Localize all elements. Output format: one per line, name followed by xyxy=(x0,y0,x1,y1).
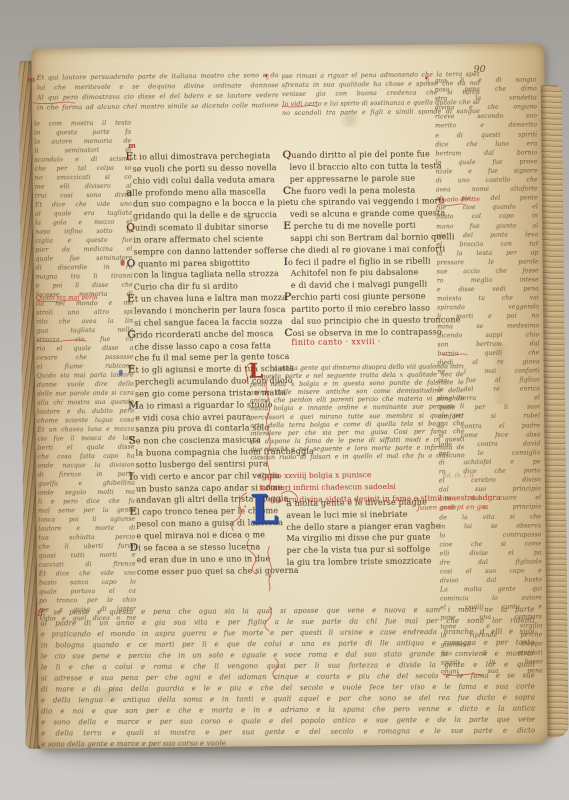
bottom-gloss-block: E se posse e questa e pena che agua sia … xyxy=(41,605,536,751)
rubric-side-note: fol. ib. l. ii xyxy=(443,472,474,479)
commentary-block: a molta gente qui dintorno disopra dello… xyxy=(250,362,465,461)
tercet-paragraph-mark xyxy=(119,370,123,376)
tercet-paragraph-mark xyxy=(121,260,125,266)
gloss-line: e sono della gente e marce e per suo cor… xyxy=(41,738,347,751)
verse-line: levo il braccio alto con tutta la testa xyxy=(283,160,455,174)
verse-line: la giu tra lombre triste smozzicate xyxy=(287,555,463,569)
incipit-verses: a molta gente e le diverse piagheavean l… xyxy=(286,496,463,569)
verse-column-2: Quando diritto al pie del ponte fuelevo … xyxy=(282,148,456,339)
canto-siglum-column1: m xyxy=(128,141,136,150)
red-lemma-annotation: Quido sta mai parla xyxy=(36,294,98,302)
canto-siglum-top: m xyxy=(28,75,36,84)
verse-line: vedi se alcuna e grande come questa xyxy=(283,208,455,222)
verse-line: Grido ricorderati anche del mosca xyxy=(127,328,285,341)
verse-line: chio vidi colui dalla veduta amara xyxy=(126,174,284,187)
verse-line: sempre con danno lattender sofferse xyxy=(126,245,284,258)
verse-line: con la lingua tagliata nella strozza xyxy=(127,269,285,282)
illuminated-initial-L: L xyxy=(250,490,279,530)
gloss-line: merito e demerito xyxy=(435,121,537,131)
canto-explicit: finito canto · xxviii · xyxy=(291,337,380,347)
verse-line: che dello stare a pianger eran vaghe xyxy=(286,520,462,534)
top-gloss-left: Et qui lautore persuadendo parte de ital… xyxy=(37,70,279,113)
manuscript-page: 90 m ¶ ¶ E Et qui lautore persuadendo pa… xyxy=(18,43,568,751)
verse-line: come esser puo quei sa che si governa xyxy=(130,565,288,578)
gloss-line: e della terra e quali si mostra e per su… xyxy=(41,726,535,740)
photo-backdrop: { "page": { "folio_number": "90", "canto… xyxy=(0,0,569,800)
verse-line: Io feci il padre el figlio in se ribelli xyxy=(284,255,456,269)
verse-line: ed eran due in uno e uno in due xyxy=(130,553,288,566)
